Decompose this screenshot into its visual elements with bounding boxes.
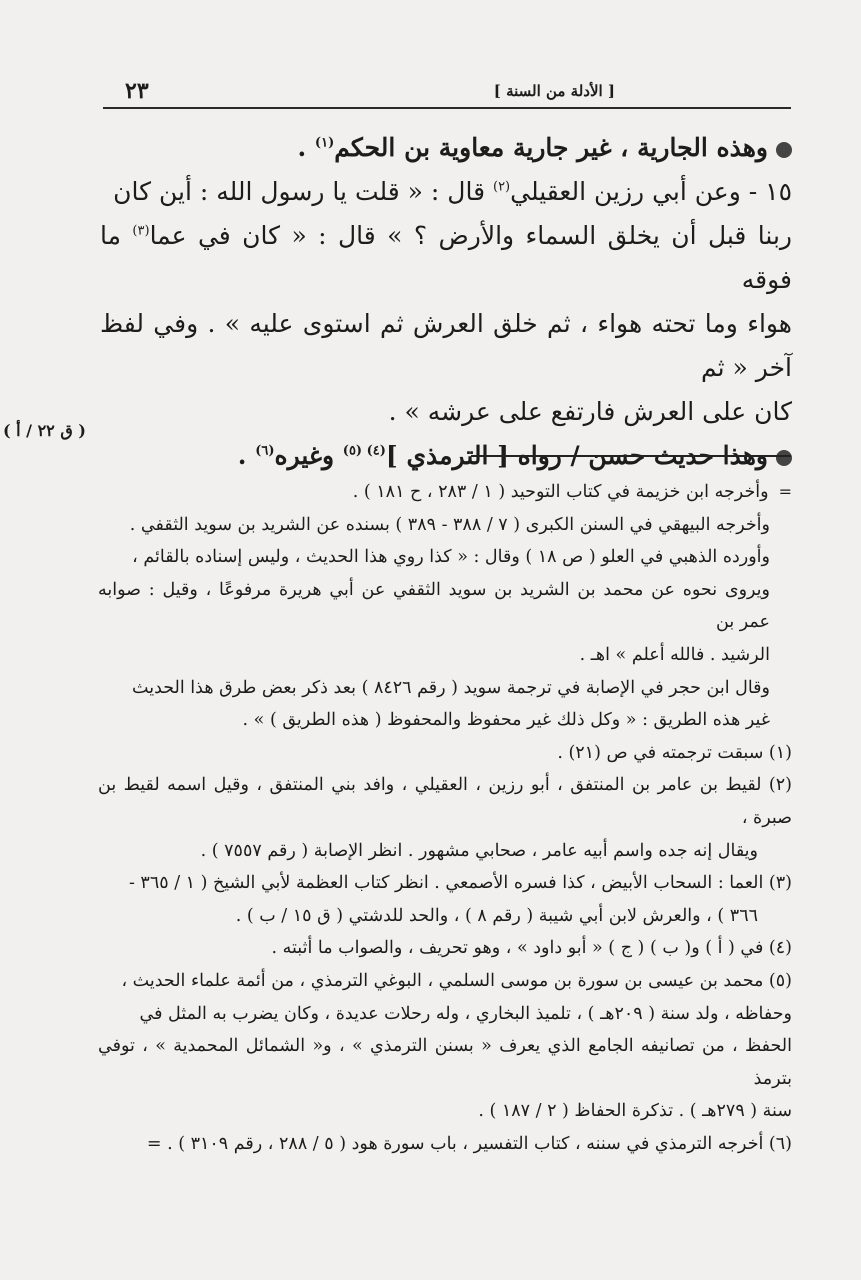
footnote-5-cont: سنة ( ٢٧٩هـ ) . تذكرة الحفاظ ( ٢ / ١٨٧ )… [98, 1095, 792, 1128]
manuscript-folio-note: ( ق ٢٢ / أ ) [3, 421, 86, 440]
footnote-5-cont: الحفظ ، من تصانيفه الجامع الذي يعرف « بس… [98, 1030, 792, 1095]
footnote-continuation-line: وأخرجه البيهقي في السنن الكبرى ( ٧ / ٣٨٨… [98, 509, 792, 542]
hadith-number: ١٥ - [741, 177, 792, 206]
footnote-continuation-line: ويروى نحوه عن محمد بن الشريد بن سويد الث… [98, 574, 792, 639]
footnote-3-cont: ٣٦٦ ) ، والعرش لابن أبي شيبة ( رقم ٨ ) ،… [98, 900, 792, 933]
footnote-continuation-line: وأورده الذهبي في العلو ( ص ١٨ ) وقال : «… [98, 541, 792, 574]
continuation-marker: = [779, 482, 792, 501]
footnote-5-cont: وحفاظه ، ولد سنة ( ٢٠٩هـ ) ، تلميذ البخا… [98, 998, 792, 1031]
footnote-separator [471, 455, 791, 457]
running-title: [ الأدلة من السنة ] [494, 82, 615, 100]
footnote-ref-5: (٥) [343, 444, 367, 459]
footnote-3: (٣) العما : السحاب الأبيض ، كذا فسره الأ… [98, 867, 792, 900]
footnote-ref-1: (١) [315, 136, 334, 151]
footnote-1: (١) سبقت ترجمته في ص (٢١) . [98, 737, 792, 770]
footnote-2: (٢) لقيط بن عامر بن المنتفق ، أبو رزين ،… [98, 769, 792, 834]
footnote-continuation-line: =وأخرجه ابن خزيمة في كتاب التوحيد ( ١ / … [98, 476, 792, 509]
bullet-icon [776, 142, 792, 158]
main-line-3: ربنا قبل أن يخلق السماء والأرض ؟ » قال :… [100, 214, 792, 302]
main-line-4: هواء وما تحته هواء ، ثم خلق العرش ثم است… [100, 302, 792, 390]
main-line-2: ١٥ - وعن أبي رزين العقيلي(٢) قال : « قلت… [100, 170, 792, 214]
footnote-6: (٦) أخرجه الترمذي في سننه ، كتاب التفسير… [98, 1128, 792, 1161]
footnote-4: (٤) في ( أ ) و( ب ) ( ج ) « أبو داود » ،… [98, 932, 792, 965]
footnote-ref-2: (٢) [493, 180, 510, 195]
book-page: [ الأدلة من السنة ] ٢٣ وهذه الجارية ، غي… [0, 0, 861, 1280]
footnote-continuation-line: غير هذه الطريق : « وكل ذلك غير محفوظ وال… [98, 704, 792, 737]
footnote-ref-3: (٣) [132, 224, 149, 239]
main-line-1: وهذه الجارية ، غير جارية معاوية بن الحكم… [100, 126, 792, 170]
footnote-2-cont: ويقال إنه جده واسم أبيه عامر ، صحابي مشه… [98, 835, 792, 868]
footnote-ref-4: (٤) [367, 444, 386, 459]
footnote-5: (٥) محمد بن عيسى بن سورة بن موسى السلمي … [98, 965, 792, 998]
main-line-5: كان على العرش فارتفع على عرشه » . [100, 390, 792, 434]
footnote-ref-6: (٦) [255, 444, 274, 459]
main-text: وهذه الجارية ، غير جارية معاوية بن الحكم… [100, 126, 792, 478]
footnote-continuation-line: الرشيد . فالله أعلم » اهـ . [98, 639, 792, 672]
bullet-icon [776, 450, 792, 466]
footnotes: =وأخرجه ابن خزيمة في كتاب التوحيد ( ١ / … [98, 476, 792, 1160]
footnote-continuation-line: وقال ابن حجر في الإصابة في ترجمة سويد ( … [98, 672, 792, 705]
page-header: [ الأدلة من السنة ] ٢٣ [95, 78, 795, 108]
page-number: ٢٣ [125, 78, 149, 104]
header-rule [103, 107, 791, 109]
